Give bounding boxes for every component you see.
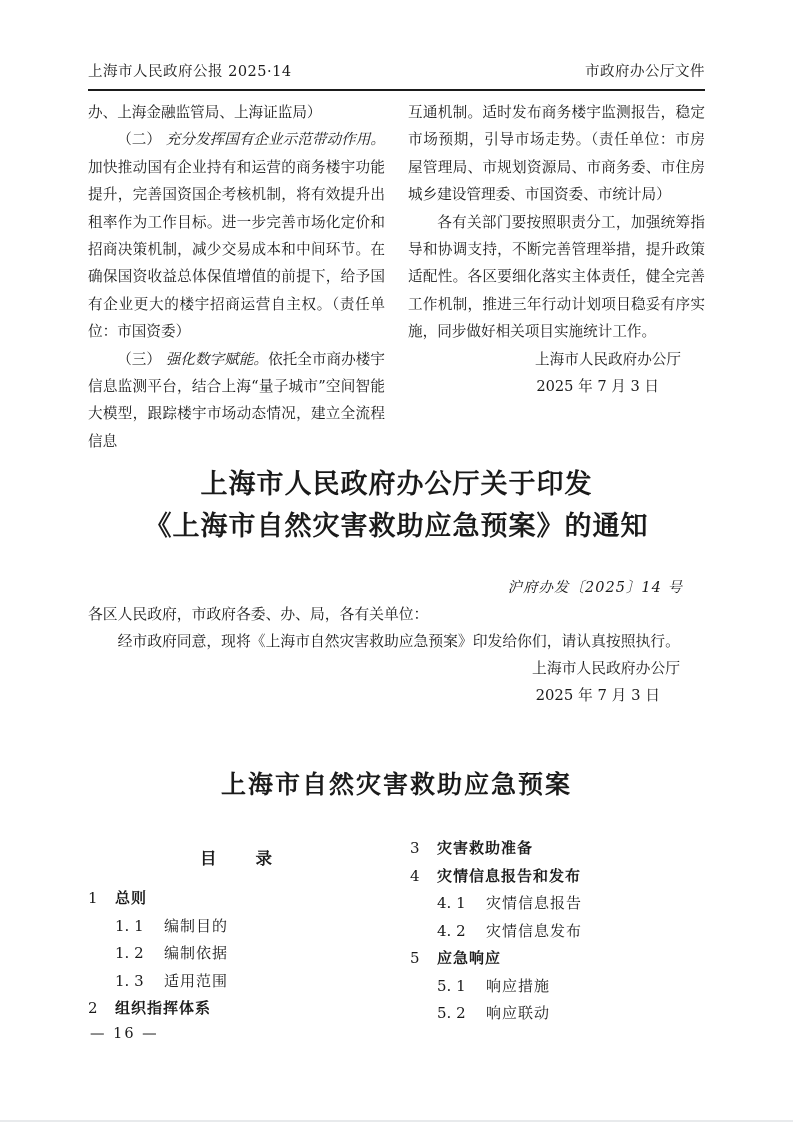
notice-signature: 上海市人民政府办公厅: [532, 657, 680, 678]
toc-item-5: 5 应急响应: [410, 945, 708, 973]
paragraph-item-3: （三） 强化数字赋能。依托全市商办楼宇信息监测平台，结合上海“量子城市”空间智能…: [88, 346, 385, 456]
toc-number: 1. 1: [115, 913, 155, 941]
item-number: （二）: [117, 131, 166, 148]
paragraph-text: 互通机制。适时发布商务楼宇监测报告，稳定市场预期，引导市场走势。（责任单位：市房…: [408, 104, 705, 203]
paragraph-text: 办、上海金融监管局、上海证监局）: [88, 104, 322, 121]
toc-label: 灾害救助准备: [437, 835, 533, 863]
toc-left-column: 目 录 1 总则 1. 1 编制目的 1. 2 编制依据 1. 3 适用范围 2…: [88, 845, 386, 1023]
toc-label: 响应措施: [486, 973, 550, 1001]
article-tail: 办、上海金融监管局、上海证监局） （二） 充分发挥国有企业示范带动作用。加快推动…: [88, 99, 706, 455]
document-number: 沪府办发〔2025〕14 号: [508, 576, 683, 597]
toc-label: 总则: [115, 885, 147, 913]
toc-number: 1. 3: [115, 968, 155, 996]
page-header: 上海市人民政府公报 2025·14 市政府办公厅文件: [88, 60, 705, 81]
toc-item-1-3: 1. 3 适用范围: [88, 968, 386, 996]
toc-label: 应急响应: [437, 945, 501, 973]
paragraph-item-3-continued: 互通机制。适时发布商务楼宇监测报告，稳定市场预期，引导市场走势。（责任单位：市房…: [408, 99, 705, 209]
toc-right-column: 3 灾害救助准备 4 灾情信息报告和发布 4. 1 灾情信息报告 4. 2 灾情…: [410, 835, 708, 1028]
toc-number: 5. 2: [437, 1000, 477, 1028]
notice-title: 上海市人民政府办公厅关于印发 《上海市自然灾害救助应急预案》的通知: [0, 464, 793, 548]
toc-label: 组织指挥体系: [115, 995, 211, 1023]
paragraph-text: 各有关部门要按照职责分工，加强统筹指导和协调支持，不断完善管理举措，提升政策适配…: [408, 214, 705, 341]
item-heading-emphasis: 强化数字赋能。: [166, 351, 268, 368]
toc-number: 5. 1: [437, 973, 477, 1001]
notice-title-line2: 《上海市自然灾害救助应急预案》的通知: [0, 506, 793, 548]
toc-item-2: 2 组织指挥体系: [88, 995, 386, 1023]
article-tail-right-column: 互通机制。适时发布商务楼宇监测报告，稳定市场预期，引导市场走势。（责任单位：市房…: [408, 99, 705, 455]
toc-number: 1: [88, 885, 102, 913]
toc-item-1: 1 总则: [88, 885, 386, 913]
toc-number: 1. 2: [115, 940, 155, 968]
toc-label: 灾情信息发布: [486, 918, 582, 946]
toc-label: 响应联动: [486, 1000, 550, 1028]
header-section-label: 市政府办公厅文件: [585, 60, 705, 81]
toc-item-5-1: 5. 1 响应措施: [410, 973, 708, 1001]
toc-item-1-1: 1. 1 编制目的: [88, 913, 386, 941]
plan-title: 上海市自然灾害救助应急预案: [0, 765, 793, 801]
toc-item-4-2: 4. 2 灾情信息发布: [410, 918, 708, 946]
toc-item-4: 4 灾情信息报告和发布: [410, 863, 708, 891]
notice-title-line1: 上海市人民政府办公厅关于印发: [0, 464, 793, 506]
toc-item-5-2: 5. 2 响应联动: [410, 1000, 708, 1028]
toc-item-4-1: 4. 1 灾情信息报告: [410, 890, 708, 918]
toc-heading: 目 录: [88, 845, 386, 872]
toc-label: 编制目的: [164, 913, 228, 941]
gazette-page: 上海市人民政府公报 2025·14 市政府办公厅文件 办、上海金融监管局、上海证…: [0, 0, 793, 1122]
paragraph-closing: 各有关部门要按照职责分工，加强统筹指导和协调支持，不断完善管理举措，提升政策适配…: [408, 209, 705, 346]
toc-label: 适用范围: [164, 968, 228, 996]
toc-item-3: 3 灾害救助准备: [410, 835, 708, 863]
article-date: 2025 年 7 月 3 日: [408, 373, 705, 400]
toc-label: 灾情信息报告和发布: [437, 863, 581, 891]
notice-body: 经市政府同意，现将《上海市自然灾害救助应急预案》印发给你们，请认真按照执行。: [88, 630, 705, 651]
notice-date: 2025 年 7 月 3 日: [536, 684, 660, 705]
notice-salutation: 各区人民政府，市政府各委、办、局，各有关单位：: [88, 603, 428, 624]
paragraph-continuation: 办、上海金融监管局、上海证监局）: [88, 99, 385, 126]
toc-number: 5: [410, 945, 424, 973]
item-heading-emphasis: 充分发挥国有企业示范带动作用。: [166, 131, 385, 148]
paragraph-text: 加快推动国有企业持有和运营的商务楼宇功能提升，完善国资国企考核机制，将有效提升出…: [88, 159, 385, 340]
toc-item-1-2: 1. 2 编制依据: [88, 940, 386, 968]
toc-label: 灾情信息报告: [486, 890, 582, 918]
item-number: （三）: [117, 351, 166, 368]
page-number: — 16 —: [90, 1026, 159, 1042]
toc-number: 2: [88, 995, 102, 1023]
toc-number: 3: [410, 835, 424, 863]
paragraph-item-2: （二） 充分发挥国有企业示范带动作用。加快推动国有企业持有和运营的商务楼宇功能提…: [88, 126, 385, 345]
toc-number: 4. 1: [437, 890, 477, 918]
header-gazette-title: 上海市人民政府公报 2025·14: [88, 60, 292, 81]
toc-number: 4: [410, 863, 424, 891]
toc-label: 编制依据: [164, 940, 228, 968]
article-signature: 上海市人民政府办公厅: [408, 346, 705, 373]
article-tail-left-column: 办、上海金融监管局、上海证监局） （二） 充分发挥国有企业示范带动作用。加快推动…: [88, 99, 385, 455]
header-rule: [88, 89, 705, 91]
toc-number: 4. 2: [437, 918, 477, 946]
